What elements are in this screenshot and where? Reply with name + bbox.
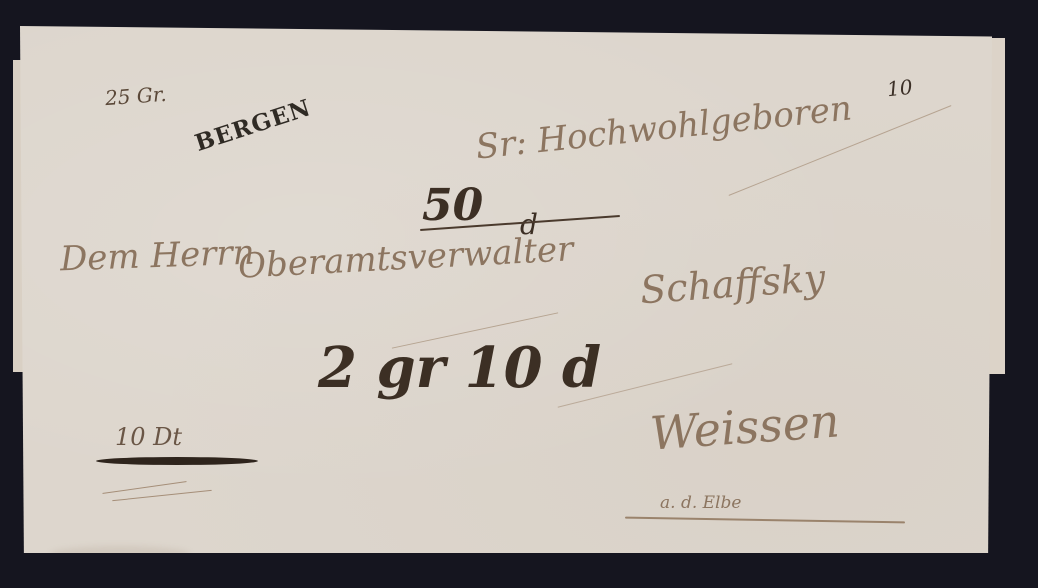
weight-note: 25 Gr. [104,82,167,110]
struck-note: 10 Dt [115,423,182,451]
address-salutation: Dem Herrn [59,233,255,280]
postage-marking: 2 gr 10 d [318,335,601,401]
reference-number: 10 [886,75,914,102]
destination-suffix: a. d. Elbe [660,493,741,513]
paper-stain [50,546,190,562]
rate-suffix: d [520,208,538,241]
rate-marking-crossed: 50 [422,180,483,231]
struck-bar [96,457,258,465]
photo-stage: 25 Gr. BERGEN 10 Sr: Hochwohlgeboren Dem… [0,0,1038,588]
